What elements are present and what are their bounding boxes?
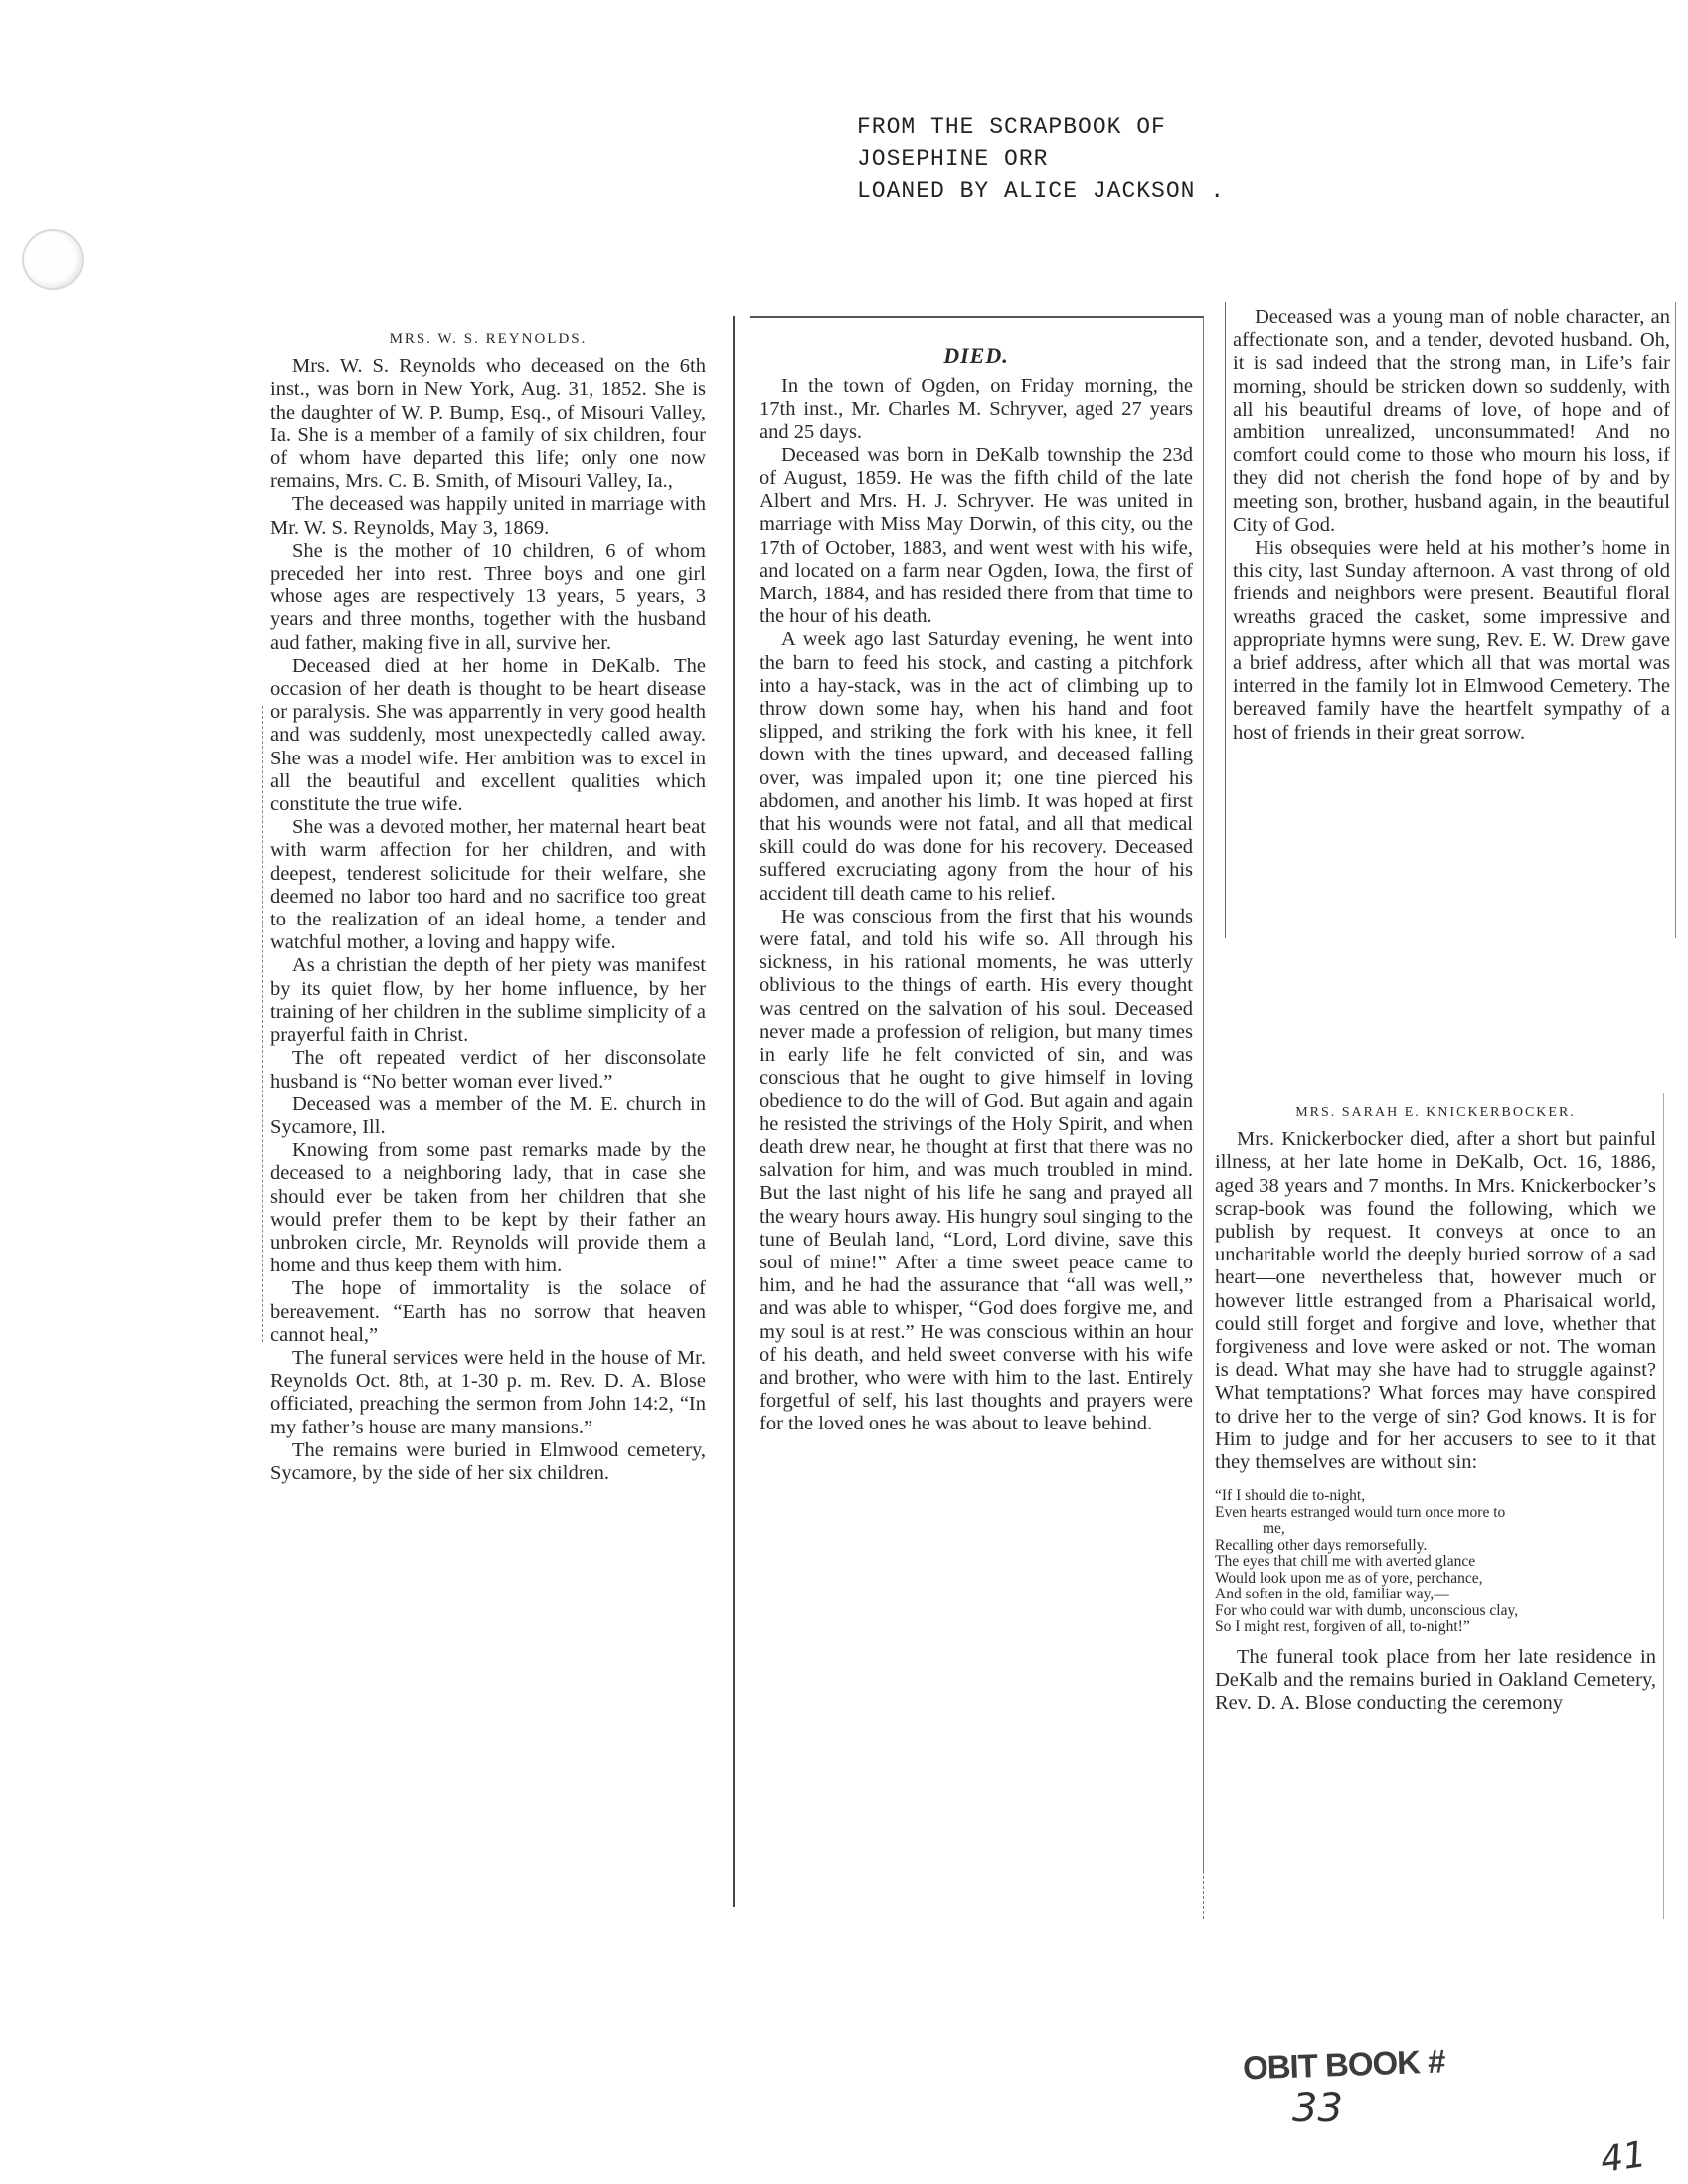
obituary-title: MRS. SARAH E. KNICKERBOCKER. (1215, 1101, 1656, 1124)
poem-line: For who could war with dumb, unconscious… (1215, 1603, 1656, 1620)
paragraph: Mrs. Knickerbocker died, after a short b… (1215, 1128, 1656, 1474)
poem-line: Recalling other days remorsefully. (1215, 1538, 1656, 1555)
paragraph: Deceased died at her home in DeKalb. The… (270, 655, 706, 816)
obit-book-stamp: OBIT BOOK # (1242, 2042, 1445, 2087)
paragraph: Deceased was born in DeKalb township the… (760, 444, 1193, 629)
poem-line: The eyes that chill me with averted glan… (1215, 1554, 1656, 1571)
paragraph: In the town of Ogden, on Friday morning,… (760, 375, 1193, 444)
knickerbocker-obituary: MRS. SARAH E. KNICKERBOCKER. Mrs. Knicke… (1215, 1101, 1656, 1715)
poem-line: “If I should die to-night, (1215, 1488, 1656, 1505)
paragraph: The remains were buried in Elmwood cemet… (270, 1439, 706, 1485)
schryver-obituary-continued: Deceased was a young man of noble charac… (1233, 306, 1670, 745)
poem-line: And soften in the old, familiar way,— (1215, 1587, 1656, 1603)
paragraph: His obsequies were held at his mother’s … (1233, 537, 1670, 745)
paragraph: Deceased was a young man of noble charac… (1233, 306, 1670, 537)
handwritten-page-number: 41 (1598, 2134, 1648, 2181)
poem-line: Would look upon me as of yore, perchance… (1215, 1571, 1656, 1588)
obituary-title: DIED. (760, 344, 1193, 367)
schryver-obituary: DIED. In the town of Ogden, on Friday mo… (760, 338, 1193, 1436)
obituary-title: MRS. W. S. REYNOLDS. (270, 328, 706, 351)
poem-line: So I might rest, forgiven of all, to-nig… (1215, 1619, 1656, 1636)
poem-line: me, (1215, 1521, 1656, 1538)
paragraph: A week ago last Saturday evening, he wen… (760, 628, 1193, 905)
header-line: JOSEPHINE ORR (857, 143, 1225, 175)
clipping-edge (262, 706, 263, 1342)
paragraph: As a christian the depth of her piety wa… (270, 954, 706, 1047)
paragraph: He was conscious from the first that his… (760, 906, 1193, 1436)
paragraph: The hope of immortality is the solace of… (270, 1277, 706, 1347)
poem-line: Even hearts estranged would turn once mo… (1215, 1505, 1656, 1522)
handwritten-book-number: 33 (1292, 2086, 1343, 2131)
paragraph: Deceased was a member of the M. E. churc… (270, 1093, 706, 1139)
paragraph: The deceased was happily united in marri… (270, 493, 706, 539)
paragraph: The funeral took place from her late res… (1215, 1646, 1656, 1716)
paragraph: Knowing from some past remarks made by t… (270, 1139, 706, 1277)
paragraph: Mrs. W. S. Reynolds who deceased on the … (270, 355, 706, 493)
header-line: LOANED BY ALICE JACKSON . (857, 175, 1225, 207)
poem: “If I should die to-night, Even hearts e… (1215, 1488, 1656, 1636)
scrapbook-header: FROM THE SCRAPBOOK OF JOSEPHINE ORR LOAN… (857, 111, 1225, 207)
paragraph: The oft repeated verdict of her disconso… (270, 1047, 706, 1092)
column-separator (733, 316, 735, 1907)
paragraph: She is the mother of 10 children, 6 of w… (270, 540, 706, 655)
paragraph: The funeral services were held in the ho… (270, 1347, 706, 1439)
header-line: FROM THE SCRAPBOOK OF (857, 111, 1225, 143)
binder-hole (22, 229, 84, 290)
reynolds-obituary: MRS. W. S. REYNOLDS. Mrs. W. S. Reynolds… (270, 328, 706, 1485)
paragraph: She was a devoted mother, her maternal h… (270, 816, 706, 954)
